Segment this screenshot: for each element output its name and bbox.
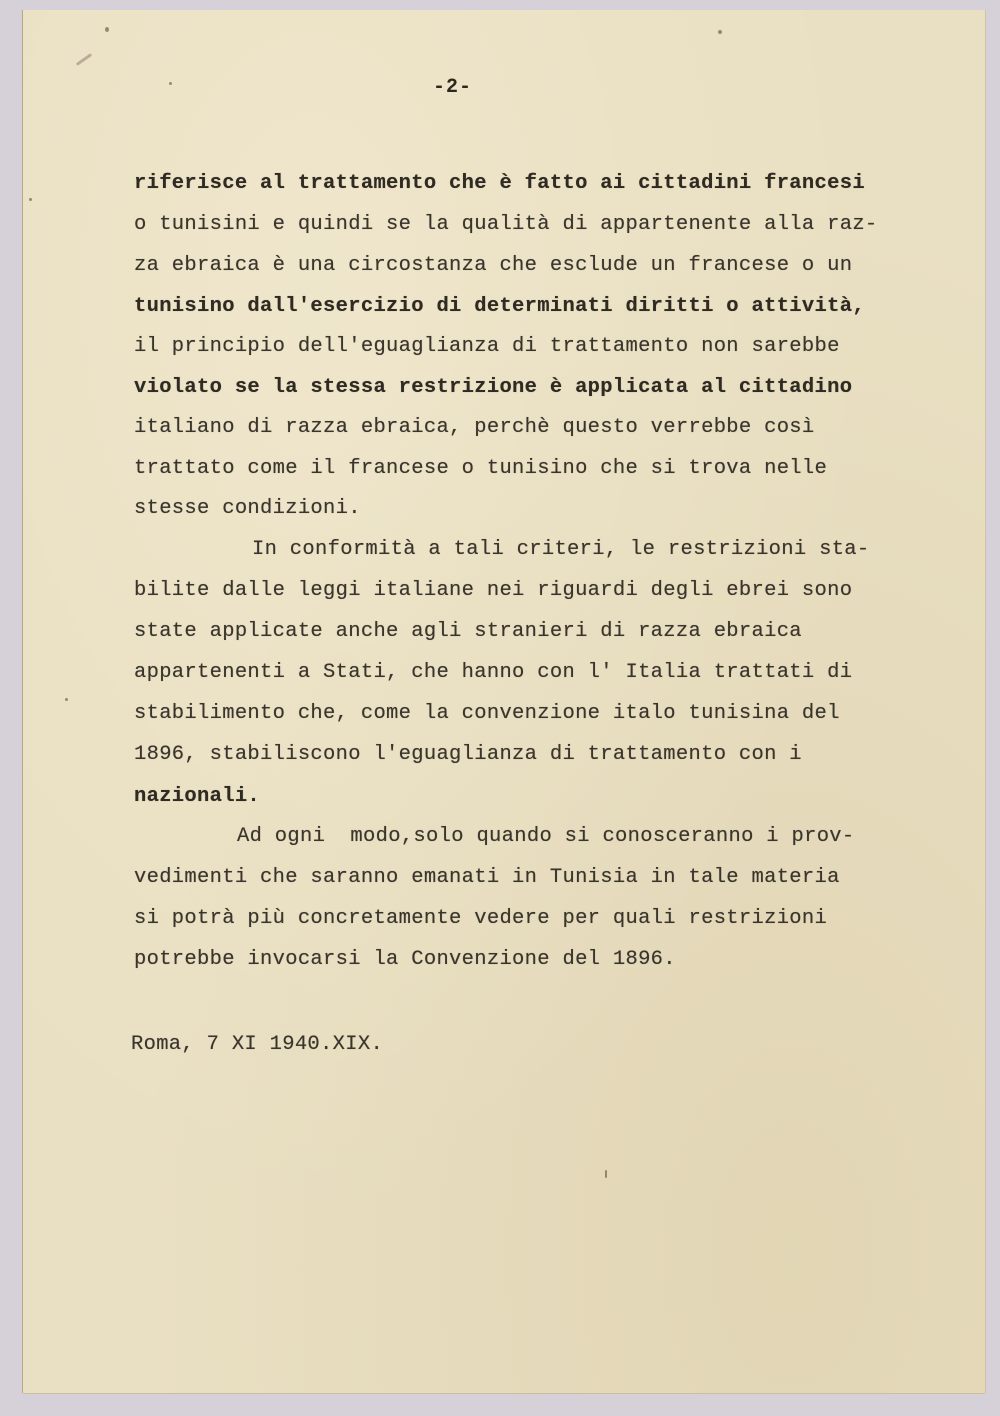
- paragraph-2-line: nazionali.: [134, 785, 260, 809]
- paragraph-1-line: za ebraica è una circostanza che esclude…: [134, 254, 852, 278]
- paragraph-1-line: italiano di razza ebraica, perchè questo…: [134, 416, 815, 440]
- paper-spot: [718, 30, 722, 34]
- paragraph-1-line: stesse condizioni.: [134, 497, 361, 521]
- paper-spot: [105, 27, 109, 32]
- paper-spot: [29, 198, 32, 201]
- paper-spot: [65, 698, 68, 701]
- paper-spot: [605, 1170, 607, 1178]
- paper-spot: [169, 82, 172, 85]
- paper-scratch-mark: [76, 53, 92, 66]
- paragraph-2-line: In conformità a tali criteri, le restriz…: [252, 538, 870, 562]
- paragraph-2-line: appartenenti a Stati, che hanno con l' I…: [134, 661, 852, 685]
- dateline: Roma, 7 XI 1940.XIX.: [131, 1033, 383, 1057]
- paragraph-3-line: Ad ogni modo,solo quando si conosceranno…: [237, 825, 855, 849]
- paragraph-2-line: state applicate anche agli stranieri di …: [134, 620, 802, 644]
- paragraph-3-line: si potrà più concretamente vedere per qu…: [134, 907, 827, 931]
- paragraph-1-line: o tunisini e quindi se la qualità di app…: [134, 213, 878, 237]
- paragraph-1-line: violato se la stessa restrizione è appli…: [134, 376, 852, 400]
- paragraph-2-line: stabilimento che, come la convenzione it…: [134, 702, 840, 726]
- paragraph-2-line: 1896, stabiliscono l'eguaglianza di trat…: [134, 743, 802, 767]
- paragraph-1-line: trattato come il francese o tunisino che…: [134, 457, 827, 481]
- page-number: -2-: [433, 76, 472, 99]
- paragraph-1-line: tunisino dall'esercizio di determinati d…: [134, 295, 865, 319]
- paragraph-1-line: il principio dell'eguaglianza di trattam…: [134, 335, 840, 359]
- paragraph-3-line: vedimenti che saranno emanati in Tunisia…: [134, 866, 840, 890]
- paragraph-3-line: potrebbe invocarsi la Convenzione del 18…: [134, 948, 676, 972]
- paragraph-2-line: bilite dalle leggi italiane nei riguardi…: [134, 579, 852, 603]
- paragraph-1-line: riferisce al trattamento che è fatto ai …: [134, 172, 865, 196]
